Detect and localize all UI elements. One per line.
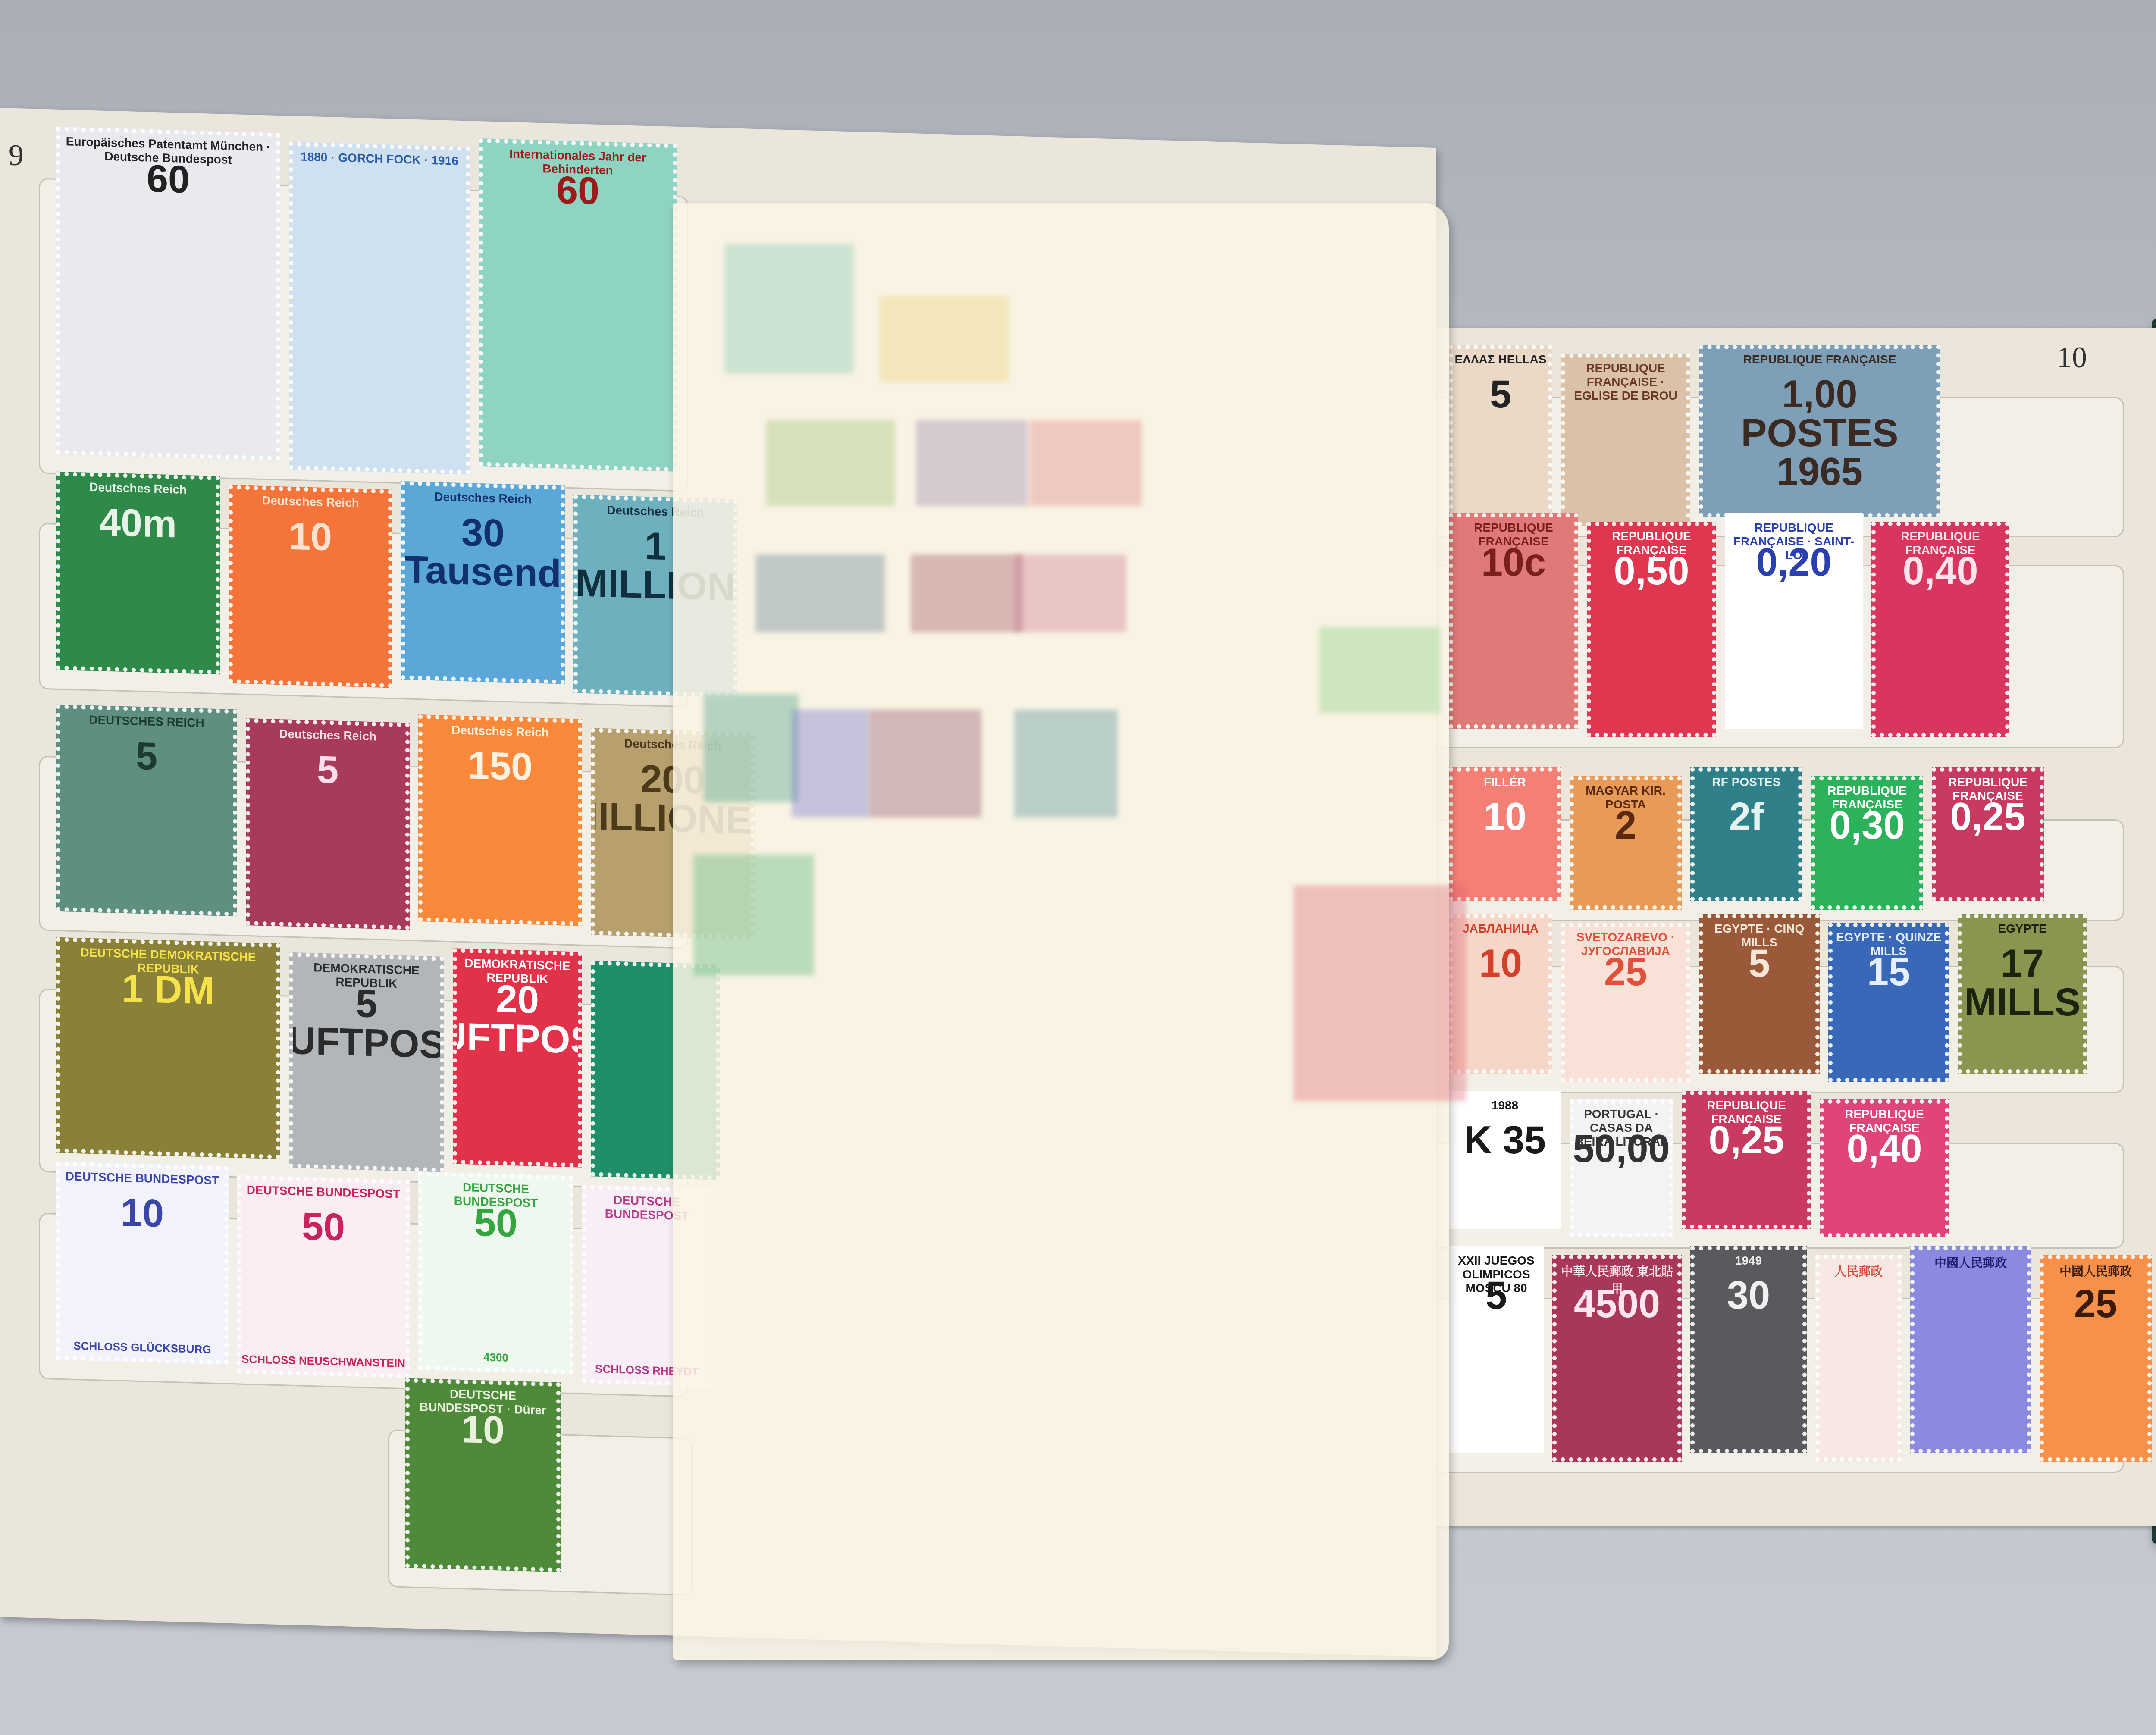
stamp[interactable]: REPUBLIQUE FRANÇAISE0,25 <box>1932 767 2044 901</box>
page-number: 10 <box>2057 341 2087 375</box>
stamp-value: 0,25 <box>1950 798 2025 836</box>
stamp[interactable]: 人民郵政 <box>1815 1255 1902 1462</box>
stamp-caption: DEMOKRATISCHE REPUBLIK <box>457 956 578 987</box>
stamp-caption: 1949 <box>1695 1254 1802 1268</box>
stamp-caption: REPUBLIQUE FRANÇAISE · SAINT-LO <box>1729 521 1858 562</box>
right-album-page: 10 ΕΛΛΑΣ HELLAS5REPUBLIQUE FRANÇAISE · E… <box>1432 328 2156 1526</box>
stamp-shadow <box>916 420 1028 506</box>
stamp-caption: DEUTSCHE BUNDESPOST <box>423 1179 569 1211</box>
stamp-caption: DEUTSCHE BUNDESPOST <box>241 1183 405 1202</box>
stamp[interactable]: Deutsches Reich5 <box>246 718 410 930</box>
stamp-caption: 中國人民郵政 <box>2044 1262 2147 1280</box>
stamp-shadow <box>1030 420 1142 506</box>
stamp[interactable]: EGYPTE · CINQ MILLS5 <box>1699 914 1820 1074</box>
stamp[interactable]: REPUBLIQUE FRANÇAISE10c <box>1449 513 1578 729</box>
stamp-caption: EGYPTE · CINQ MILLS <box>1703 922 1815 949</box>
stamp-shadow <box>724 244 854 373</box>
stamp-caption: Deutsches Reich <box>423 722 578 740</box>
stamp[interactable]: DEUTSCHE BUNDESPOST10SCHLOSS GLÜCKSBURG <box>56 1162 229 1365</box>
stamp[interactable]: REPUBLIQUE FRANÇAISE0,30 <box>1811 776 1923 910</box>
stamp[interactable]: RF POSTES2f <box>1690 767 1802 901</box>
stamp-subcaption: 4300 <box>423 1349 569 1366</box>
stamp-caption: Deutsches Reich <box>250 726 405 744</box>
stamp-subcaption: SCHLOSS GLÜCKSBURG <box>60 1339 224 1357</box>
stamp[interactable]: DEMOKRATISCHE REPUBLIK20 LUFTPOST <box>453 948 582 1167</box>
stamp-caption: DEMOKRATISCHE REPUBLIK <box>293 960 440 992</box>
stamp[interactable]: REPUBLIQUE FRANÇAISE0,25 <box>1682 1091 1811 1229</box>
stamp-shadow <box>693 855 814 975</box>
stamp-caption: 人民郵政 <box>1820 1262 1897 1280</box>
stamp-caption: ЈАБЛАНИЦА <box>1453 922 1548 936</box>
stamp-caption: DEUTSCHES REICH <box>60 712 233 731</box>
stamp-value: 17 MILLS <box>1962 944 2083 1022</box>
stamp-value: K 35 <box>1464 1121 1546 1160</box>
stamp[interactable]: 194930 <box>1690 1246 1807 1453</box>
stamp[interactable]: REPUBLIQUE FRANÇAISE · SAINT-LO0,20 <box>1725 513 1863 729</box>
stamp-caption: PORTUGAL · CASAS DA BEIRA LITORAL <box>1574 1107 1669 1149</box>
stamp-value: 5 <box>1749 944 1770 983</box>
stamp-caption: REPUBLIQUE FRANÇAISE <box>1876 529 2005 557</box>
stamp-caption: EGYPTE <box>1962 922 2083 936</box>
stamp-value: 150 <box>468 746 533 786</box>
stamp[interactable]: XXII JUEGOS OLIMPICOS MOSCU 805 <box>1449 1246 1544 1453</box>
stamp-caption: REPUBLIQUE FRANÇAISE <box>1686 1099 1807 1126</box>
stamp[interactable]: 中華人民郵政 東北貼用4500 <box>1552 1255 1682 1462</box>
stamp[interactable]: 中國人民郵政25 <box>2040 1255 2152 1462</box>
glassine-interleaf[interactable] <box>673 203 1449 1660</box>
stamp-caption: DEUTSCHE DEMOKRATISCHE REPUBLIK <box>60 945 276 979</box>
stamp[interactable]: DEUTSCHES REICH5 <box>56 705 237 917</box>
stamp-caption: EGYPTE · QUINZE MILLS <box>1833 930 1945 958</box>
stamp-caption: Internationales Jahr der Behinderten <box>483 146 673 179</box>
stamp-shadow <box>704 694 799 802</box>
stamp-caption: REPUBLIQUE FRANÇAISE · EGLISE DE BROU <box>1565 361 1686 403</box>
stamp-value: 5 <box>1490 375 1511 414</box>
stamp-value: 1,00 POSTES 1965 <box>1703 375 1936 492</box>
stamp-shadow <box>1319 627 1440 713</box>
stamp-caption: XXII JUEGOS OLIMPICOS MOSCU 80 <box>1453 1254 1539 1295</box>
stamp-subcaption: SCHLOSS NEUSCHWANSTEIN <box>241 1353 405 1371</box>
stamp-value: 0,50 <box>1614 552 1689 591</box>
page-number: 9 <box>9 138 24 173</box>
stamp-value: 30 Tausend <box>404 511 561 593</box>
stamp[interactable]: MAGYAR KIR. POSTA2 <box>1570 776 1682 910</box>
stamp-caption: FILLÉR <box>1453 775 1557 789</box>
stamp-value: 50 <box>302 1207 345 1247</box>
stamp[interactable]: ΕΛΛΑΣ HELLAS5 <box>1449 345 1552 517</box>
stamp[interactable]: Deutsches Reich40m <box>56 472 220 675</box>
stamp[interactable]: EGYPTE17 MILLS <box>1958 914 2087 1074</box>
stamp-caption: DEUTSCHE BUNDESPOST · Dürer <box>410 1386 556 1418</box>
stamp-value: 0,25 <box>1708 1121 1784 1160</box>
stamp-value: 2f <box>1729 798 1764 836</box>
stamp-caption: MAGYAR KIR. POSTA <box>1574 784 1677 811</box>
stamp-value: 10 <box>121 1193 164 1234</box>
stamp[interactable]: 中國人民郵政 <box>1910 1246 2031 1453</box>
stamp[interactable]: REPUBLIQUE FRANÇAISE · EGLISE DE BROU <box>1561 354 1690 526</box>
stamp[interactable]: REPUBLIQUE FRANÇAISE1,00 POSTES 1965 <box>1699 345 1940 517</box>
stamp-shadow <box>766 420 895 506</box>
stamp[interactable]: DEUTSCHE BUNDESPOST50SCHLOSS NEUSCHWANST… <box>237 1175 410 1378</box>
stamp-caption: Deutsches Reich <box>60 479 216 498</box>
stamp[interactable]: SVETOZAREVO · ЈУГОСЛАВИЈА25 <box>1561 923 1690 1082</box>
stamp-shadow <box>1294 886 1466 1101</box>
stamp-value: 10 <box>1479 944 1522 983</box>
stamp-value: 2 <box>1615 806 1636 845</box>
stamp-shadow <box>792 710 869 817</box>
stamp-caption: 1880 · GORCH FOCK · 1916 <box>293 150 466 168</box>
stamp[interactable]: 1988K 35 <box>1449 1091 1561 1229</box>
stamp-value: 15 <box>1867 953 1910 992</box>
stamp-value: 10 <box>1483 798 1526 836</box>
stamp[interactable]: FILLÉR10 <box>1449 767 1561 901</box>
stamp[interactable]: Europäisches Patentamt München · Deutsch… <box>56 127 280 461</box>
stamp-caption: Deutsches Reich <box>233 493 388 511</box>
stamp-caption: REPUBLIQUE FRANÇAISE <box>1453 521 1574 548</box>
stamp-value: 5 <box>136 737 157 776</box>
stamp-caption: ΕΛΛΑΣ HELLAS <box>1453 353 1548 366</box>
stamp-value: 30 <box>1727 1276 1770 1315</box>
stamp-caption: RF POSTES <box>1695 775 1798 789</box>
stamp-shadow <box>1014 554 1126 632</box>
stamp-value: 25 <box>2074 1285 2117 1324</box>
stamp-caption: 中華人民郵政 東北貼用 <box>1557 1262 1677 1297</box>
stamp-caption: Deutsches Reich <box>405 489 561 507</box>
stamp[interactable]: REPUBLIQUE FRANÇAISE0,40 <box>1871 522 2009 737</box>
stamp[interactable]: REPUBLIQUE FRANÇAISE0,40 <box>1820 1099 1949 1237</box>
stamp[interactable]: Deutsches Reich150 <box>418 714 582 926</box>
stamp[interactable]: Internationales Jahr der Behinderten60 <box>479 138 677 472</box>
stamp-caption: Europäisches Patentamt München · Deutsch… <box>60 135 276 168</box>
stamp[interactable]: EGYPTE · QUINZE MILLS15 <box>1828 923 1949 1082</box>
stamp-caption: REPUBLIQUE FRANÇAISE <box>1824 1107 1945 1135</box>
stamp[interactable]: DEUTSCHE DEMOKRATISCHE REPUBLIK1 DM <box>56 937 280 1159</box>
stamp-caption: DEUTSCHE BUNDESPOST <box>60 1169 224 1188</box>
stamp-caption: SVETOZAREVO · ЈУГОСЛАВИЈА <box>1565 930 1686 958</box>
stamp-caption: REPUBLIQUE FRANÇAISE <box>1936 775 2040 803</box>
stamp-shadow <box>911 554 1023 632</box>
stamp-shadow <box>755 554 885 632</box>
stamp-value: 0,30 <box>1829 806 1905 845</box>
stamp[interactable]: Deutsches Reich10 <box>229 485 392 688</box>
stamp[interactable]: DEMOKRATISCHE REPUBLIK5 LUFTPOST <box>289 952 444 1172</box>
stamp-shadow <box>869 710 981 817</box>
stamp-value: 10c <box>1481 543 1546 582</box>
stamp-value: 20 LUFTPOST <box>453 977 582 1061</box>
stamp-shadow <box>1014 710 1118 817</box>
stamp[interactable]: Deutsches Reich30 Tausend <box>401 481 565 684</box>
stamp[interactable]: DEUTSCHE BUNDESPOST · Dürer10 <box>405 1378 561 1572</box>
stamp-value: 0,40 <box>1846 1130 1922 1168</box>
stamp[interactable]: DEUTSCHE BUNDESPOST504300 <box>418 1171 573 1374</box>
stamp-value: 5 LUFTPOST <box>289 982 444 1065</box>
stamp[interactable]: REPUBLIQUE FRANÇAISE0,50 <box>1587 522 1716 737</box>
stamp-caption: REPUBLIQUE FRANÇAISE <box>1815 784 1919 811</box>
stamp-value: 40m <box>99 503 177 544</box>
stamp-caption: REPUBLIQUE FRANÇAISE <box>1591 529 1712 557</box>
stamp-caption: 1988 <box>1453 1099 1557 1112</box>
stamp-caption: 中國人民郵政 <box>1915 1254 2027 1271</box>
stamp-value: 0,40 <box>1902 552 1978 591</box>
stamp[interactable]: 1880 · GORCH FOCK · 1916 <box>289 142 470 475</box>
stamp-value: 25 <box>1604 953 1647 992</box>
stamp-value: 5 <box>317 751 338 790</box>
stamp-value: 10 <box>289 517 332 557</box>
stamp-caption: REPUBLIQUE FRANÇAISE <box>1703 353 1936 366</box>
stamp-shadow <box>880 296 1009 382</box>
stamp[interactable]: PORTUGAL · CASAS DA BEIRA LITORAL50,00 <box>1570 1099 1673 1237</box>
